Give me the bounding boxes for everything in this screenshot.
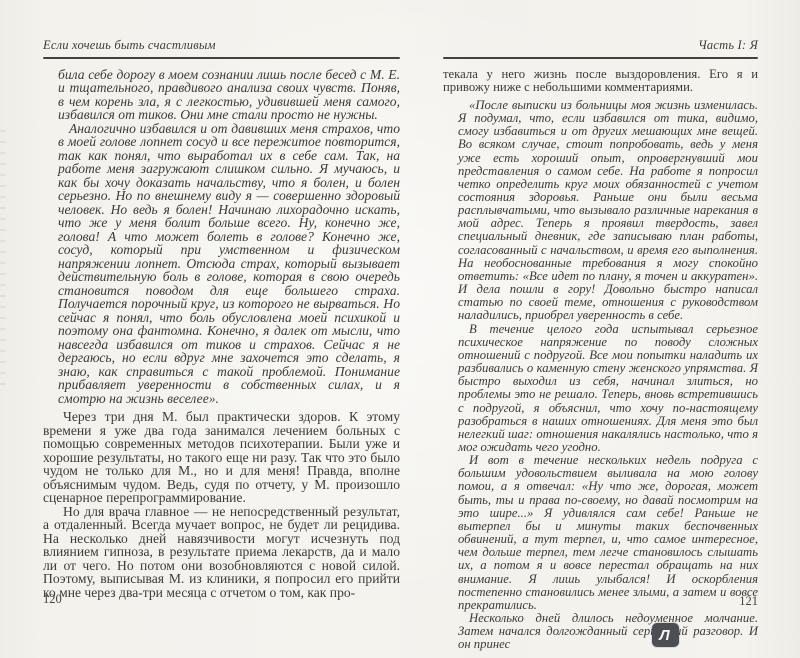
paragraph: била себе дорогу в моем сознании лишь по…: [58, 68, 400, 122]
paragraph: Несколько дней длилось недоуменное молча…: [458, 612, 758, 651]
paragraph: В течение целого года испытывал серьезно…: [458, 323, 758, 455]
left-page-text: била себе дорогу в моем сознании лишь по…: [43, 68, 400, 600]
right-page: Часть I: Я текала у него жизнь после выз…: [443, 38, 758, 651]
header-rule-left: [43, 57, 400, 59]
page-number-right: 121: [443, 594, 758, 609]
header-rule-right: [443, 57, 758, 59]
labirint-logo-letter: Л: [659, 628, 669, 643]
paragraph: И вот в течение нескольких недель подруг…: [458, 454, 758, 612]
page-number-left: 120: [43, 592, 62, 607]
book-spread-scan: Если хочешь быть счастливым била себе до…: [0, 0, 800, 658]
paragraph: текала у него жизнь после выздоровления.…: [443, 68, 758, 94]
paragraph: Через три дня М. был практически здоров.…: [43, 410, 400, 505]
running-head-left: Если хочешь быть счастливым: [43, 38, 400, 52]
scan-edge-artifacts: [0, 130, 6, 390]
paragraph: Но для врача главное — не непосредственн…: [43, 505, 400, 600]
labirint-logo-badge: Л: [652, 623, 679, 647]
right-page-text: текала у него жизнь после выздоровления.…: [443, 68, 758, 652]
paragraph: «После выписки из больницы моя жизнь изм…: [458, 99, 758, 323]
paragraph: Аналогично избавился и от давивших меня …: [58, 122, 400, 406]
left-page: Если хочешь быть счастливым била себе до…: [43, 38, 400, 599]
running-head-right: Часть I: Я: [443, 38, 758, 52]
